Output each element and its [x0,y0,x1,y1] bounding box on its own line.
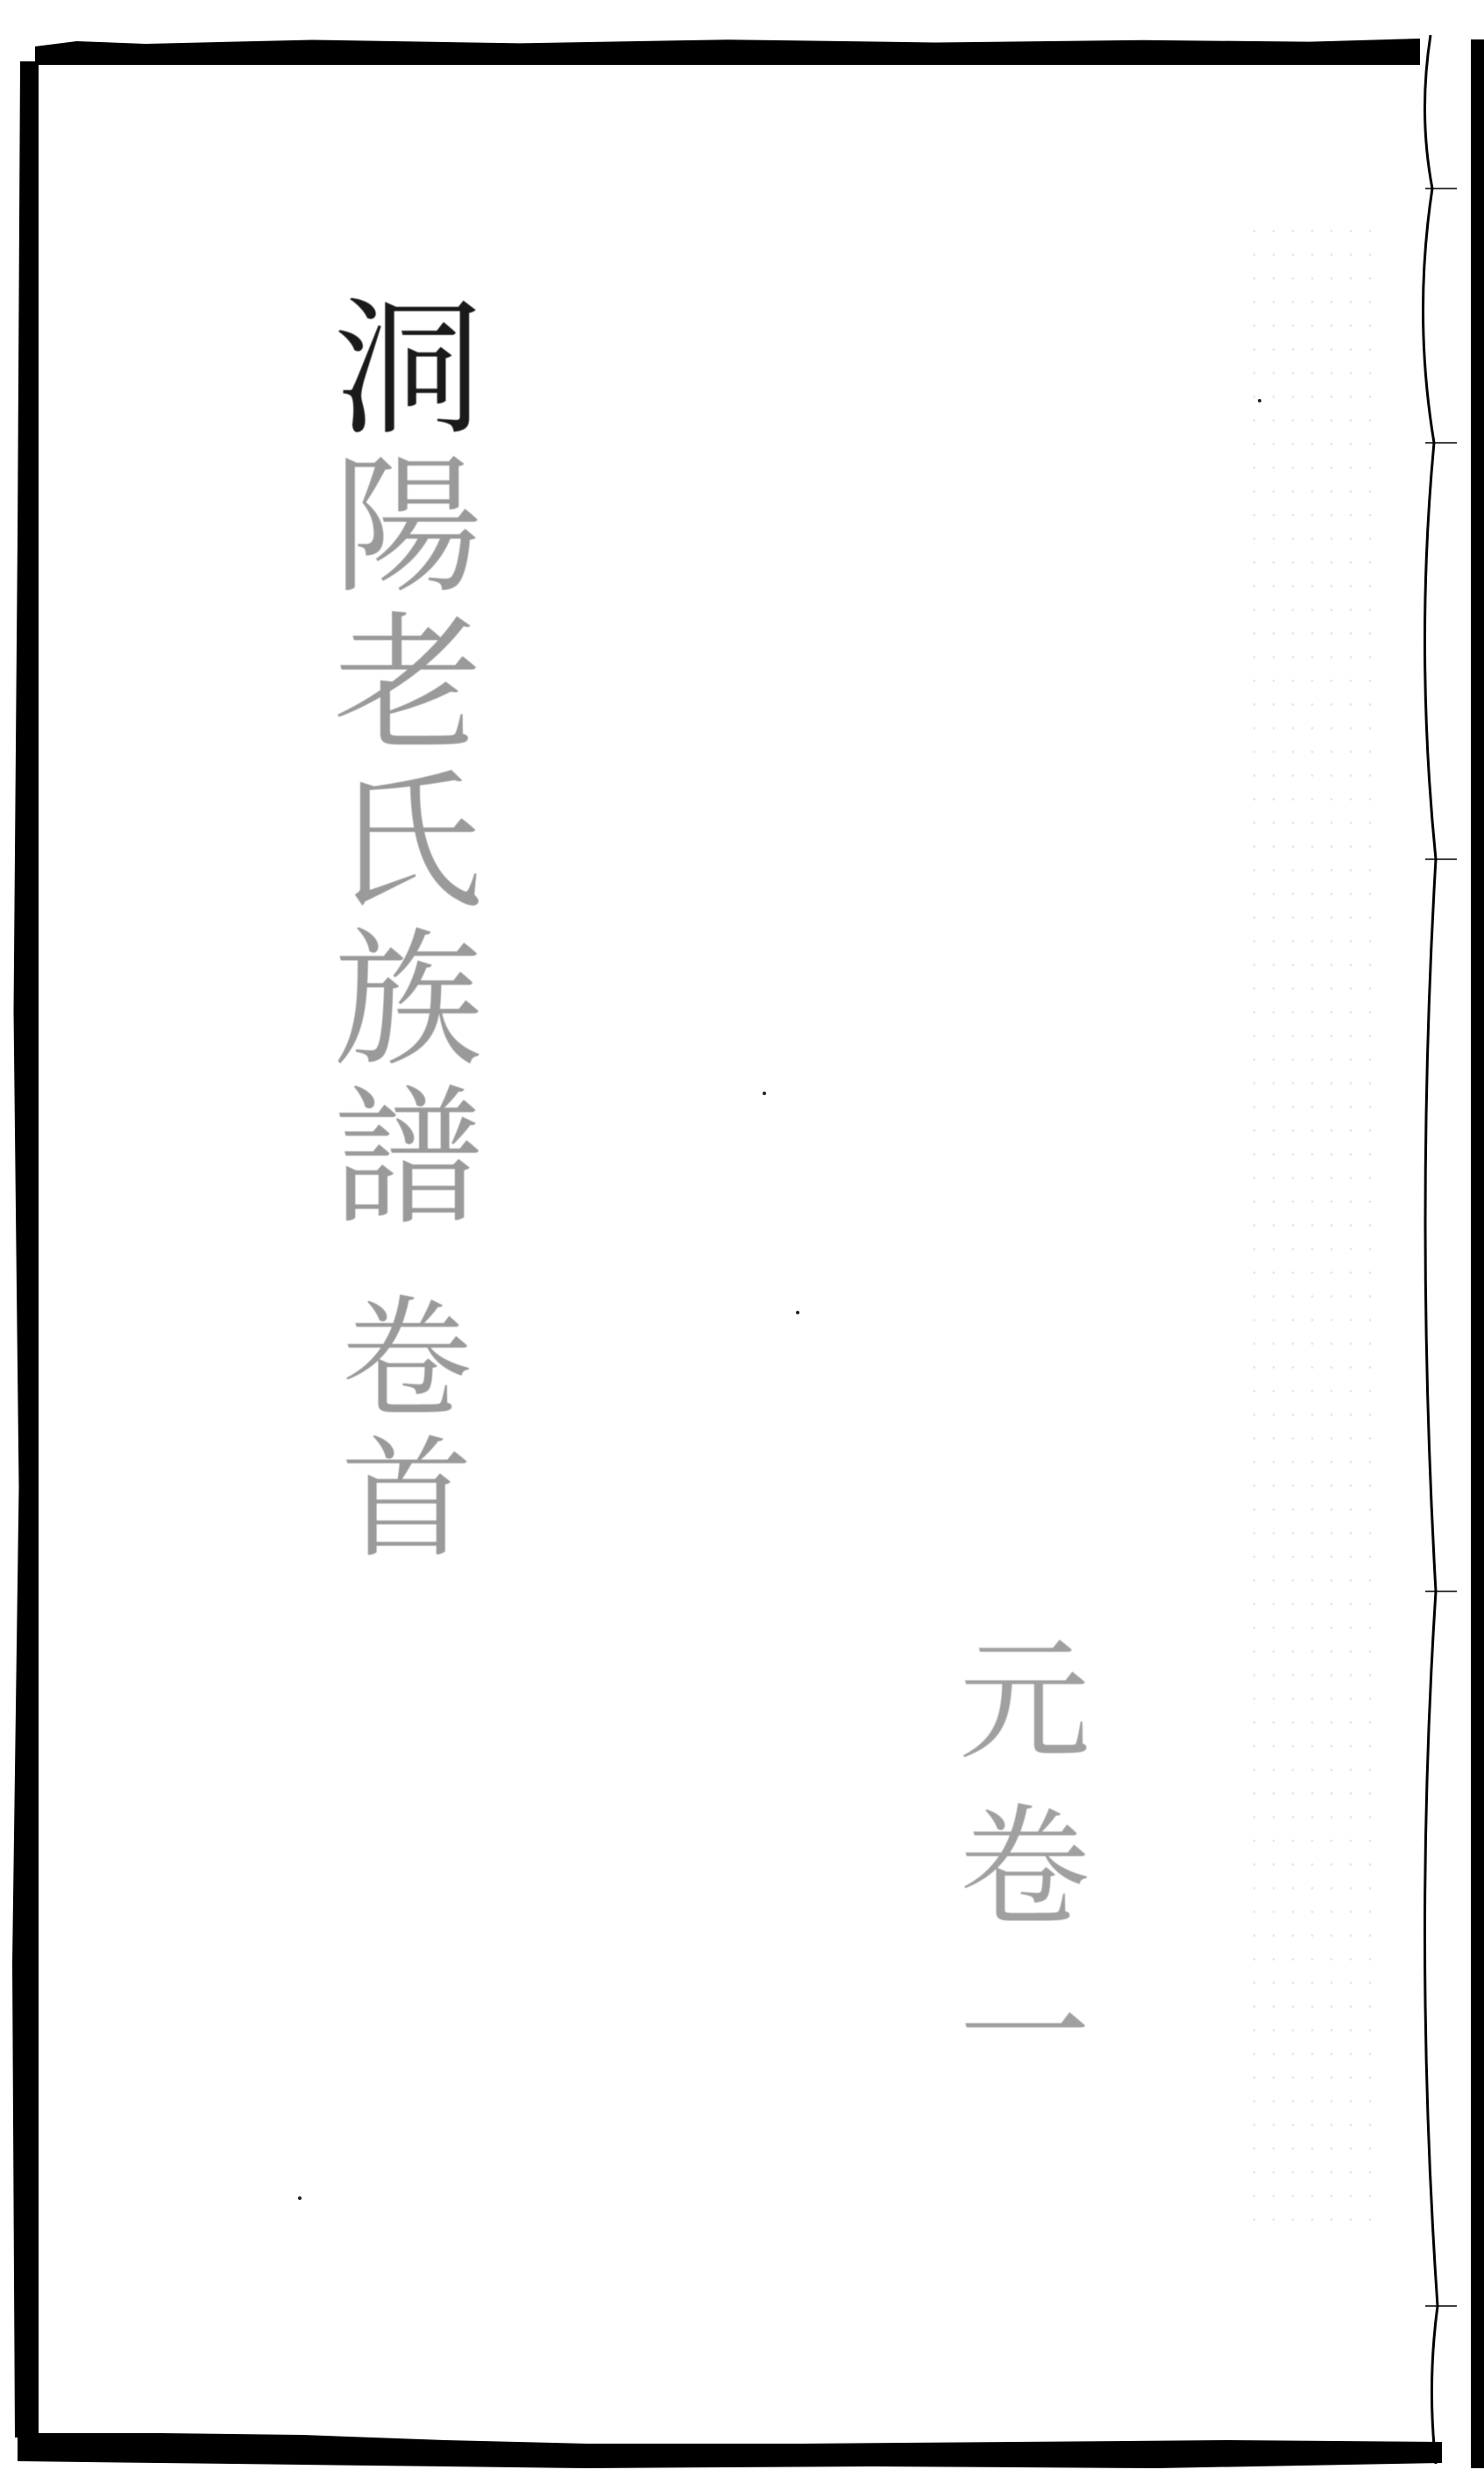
bleed-through-text [1245,219,1376,2236]
page-border-bottom [18,2433,1442,2468]
ink-speck [298,2196,302,2200]
title-tail: 卷首 [329,1289,460,1569]
ink-speck [763,1092,766,1095]
ink-speck [796,1311,799,1314]
spine-shadow-edge [1471,39,1484,2468]
ink-speck [1258,399,1261,402]
book-title: 洞陽老氏族譜卷首 [320,289,469,1569]
binding-spine [1413,35,1466,2473]
binding-stitches [1413,35,1466,2473]
volume-label: 元卷一 [947,1631,1078,2131]
page-border-top [35,39,1420,65]
title-first-character: 洞 [308,289,481,447]
page-border-left [12,61,39,2438]
title-body: 陽老氏族譜 [308,447,481,1236]
scanned-page: 洞陽老氏族譜卷首 元卷一 [0,0,1484,2491]
